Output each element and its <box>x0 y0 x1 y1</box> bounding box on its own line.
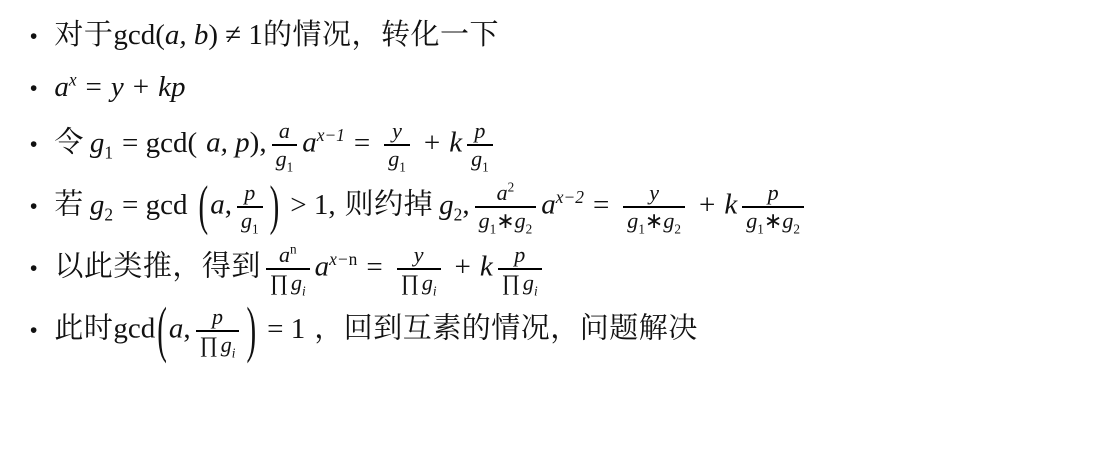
product-symbol: ∏ <box>270 270 288 295</box>
fraction-an-over-prod-gi: an∏gi <box>266 242 310 296</box>
fraction-a2-over-g1g2: a2g1∗g2 <box>475 180 537 234</box>
var-g: g <box>782 208 793 233</box>
asterisk-operator: ∗ <box>645 208 663 233</box>
fraction-y-over-prod-gi: y∏gi <box>397 242 441 296</box>
line1-text-pre: 对于 <box>54 19 113 51</box>
var-g2: g <box>439 189 454 221</box>
sub-2: 2 <box>674 221 681 236</box>
sub-1: 1 <box>482 159 489 174</box>
denominator: g1∗g2 <box>475 206 537 234</box>
eq-gcd: = gcd <box>122 189 187 221</box>
line6-text-tail: ，回到互素的情况，问题解决 <box>314 313 698 345</box>
numerator: p <box>498 242 542 268</box>
bullet-line-5: •以此类推，得到an∏giax−n=y∏gi+kp∏gi <box>30 242 1098 296</box>
gcd-label: gcd <box>113 313 155 345</box>
numerator: y <box>384 118 410 144</box>
numerator: p <box>467 118 493 144</box>
numerator: a <box>272 118 298 144</box>
fraction-a-over-g1: ag1 <box>272 118 298 172</box>
fraction-p-over-g1g2: pg1∗g2 <box>742 180 804 234</box>
denominator: g1 <box>384 144 410 172</box>
sub-1: 1 <box>399 159 406 174</box>
exp-x: x <box>69 69 77 89</box>
var-a: a <box>279 118 290 143</box>
var-g: g <box>221 332 232 357</box>
var-a: a <box>497 180 508 205</box>
bullet-icon: • <box>30 257 37 281</box>
denominator: g1 <box>467 144 493 172</box>
denominator: ∏gi <box>397 268 441 296</box>
bullet-icon: • <box>30 25 37 49</box>
fraction-p-over-prod-gi: p∏gi <box>196 304 240 358</box>
var-a: a <box>210 189 225 221</box>
var-a: a <box>54 71 69 103</box>
fraction-p-over-g1: pg1 <box>237 180 263 234</box>
var-kp: kp <box>158 71 185 103</box>
comma: , <box>225 189 232 221</box>
sub-1: 1 <box>252 221 259 236</box>
var-y: y <box>111 71 124 103</box>
line3-text-pre: 令 <box>54 127 84 159</box>
var-g: g <box>663 208 674 233</box>
sub-i: i <box>534 283 538 298</box>
var-g: g <box>515 208 526 233</box>
bullet-line-3: •令g1= gcd(a, p),ag1ax−1=yg1+kpg1 <box>30 118 1098 172</box>
exp-x-minus: x− <box>329 249 348 269</box>
var-g1: g <box>90 127 105 159</box>
denominator: g1 <box>272 144 298 172</box>
var-k: k <box>480 251 493 283</box>
line4-text-mid: 则约掉 <box>345 189 434 221</box>
bullet-line-1: •对于gcd(a, b) ≠ 1的情况，转化一下 <box>30 12 1098 53</box>
sub-1: 1 <box>757 221 764 236</box>
eq-gcd-open: = gcd( <box>122 127 197 159</box>
var-k: k <box>449 127 462 159</box>
var-p: p <box>212 304 223 329</box>
product-symbol: ∏ <box>502 270 520 295</box>
line5-text-pre: 以此类推，得到 <box>54 251 261 283</box>
var-g: g <box>276 146 287 171</box>
denominator: ∏gi <box>196 330 240 358</box>
line1-text-tail: 的情况，转化一下 <box>263 19 499 51</box>
gcd-args: a, p <box>206 127 250 159</box>
product-symbol: ∏ <box>401 270 419 295</box>
numerator: p <box>742 180 804 206</box>
var-a: a <box>541 189 556 221</box>
fraction-y-over-g1: yg1 <box>384 118 410 172</box>
denominator: ∏gi <box>498 268 542 296</box>
numerator: p <box>237 180 263 206</box>
var-a: a <box>279 242 290 267</box>
equals-sign: = <box>593 189 609 221</box>
sub-1: 1 <box>287 159 294 174</box>
denominator: ∏gi <box>266 268 310 296</box>
var-a: a <box>315 251 330 283</box>
plus-sign: + <box>699 189 715 221</box>
var-g: g <box>471 146 482 171</box>
fraction-y-over-g1g2: yg1∗g2 <box>623 180 685 234</box>
exp-2: 2 <box>508 180 515 195</box>
plus-sign: + <box>133 71 149 103</box>
asterisk-operator: ∗ <box>764 208 782 233</box>
equals-one: = 1 <box>267 313 305 345</box>
sub-2: 2 <box>104 204 113 224</box>
exp-x-minus-2: x−2 <box>556 187 584 207</box>
sub-1: 1 <box>104 142 113 162</box>
var-g: g <box>746 208 757 233</box>
var-g: g <box>523 270 534 295</box>
numerator: a2 <box>475 180 537 206</box>
var-y: y <box>392 118 402 143</box>
equals-sign: = <box>86 71 102 103</box>
close-comma: ), <box>250 127 267 159</box>
var-a: a <box>302 127 317 159</box>
big-left-paren: ( <box>199 176 209 239</box>
sub-2: 2 <box>793 221 800 236</box>
bullet-icon: • <box>30 133 37 157</box>
numerator: y <box>397 242 441 268</box>
plus-sign: + <box>424 127 440 159</box>
var-g: g <box>479 208 490 233</box>
sub-2: 2 <box>526 221 533 236</box>
var-g: g <box>627 208 638 233</box>
numerator: p <box>196 304 240 330</box>
sub-i: i <box>232 345 236 360</box>
var-p: p <box>768 180 779 205</box>
denominator: g1 <box>237 206 263 234</box>
exp-n: n <box>290 242 297 257</box>
var-a: a <box>169 313 184 345</box>
var-p: p <box>514 242 525 267</box>
fraction-p-over-g1: pg1 <box>467 118 493 172</box>
slide: •对于gcd(a, b) ≠ 1的情况，转化一下 •ax=y+kp •令g1= … <box>0 0 1106 358</box>
bullet-line-2: •ax=y+kp <box>30 71 1098 104</box>
var-p: p <box>474 118 485 143</box>
var-g: g <box>291 270 302 295</box>
bullet-icon: • <box>30 77 37 101</box>
equals-sign: = <box>354 127 370 159</box>
comma: , <box>183 313 190 345</box>
numerator: y <box>623 180 685 206</box>
exp-x-minus-n: x−n <box>329 249 357 269</box>
comma: , <box>462 189 469 221</box>
gt-one: > 1, <box>290 189 335 221</box>
exp-n: n <box>349 249 358 269</box>
bullet-icon: • <box>30 319 37 343</box>
big-left-paren: ( <box>157 296 167 367</box>
denominator: g1∗g2 <box>742 206 804 234</box>
sub-1: 1 <box>638 221 645 236</box>
numerator: an <box>266 242 310 268</box>
var-g: g <box>241 208 252 233</box>
bullet-line-6: •此时gcd(a,p∏gi)= 1，回到互素的情况，问题解决 <box>30 304 1098 358</box>
var-g2: g <box>90 189 105 221</box>
var-y: y <box>414 242 424 267</box>
sub-i: i <box>433 283 437 298</box>
var-g: g <box>422 270 433 295</box>
var-k: k <box>724 189 737 221</box>
plus-sign: + <box>455 251 471 283</box>
bullet-icon: • <box>30 195 37 219</box>
product-symbol: ∏ <box>200 332 218 357</box>
exp-x-minus-1: x−1 <box>317 125 345 145</box>
fraction-p-over-prod-gi: p∏gi <box>498 242 542 296</box>
denominator: g1∗g2 <box>623 206 685 234</box>
line4-text-pre: 若 <box>54 189 84 221</box>
var-g: g <box>388 146 399 171</box>
asterisk-operator: ∗ <box>496 208 514 233</box>
gcd-open: gcd( <box>113 19 165 51</box>
big-right-paren: ) <box>246 296 256 367</box>
line6-text-pre: 此时 <box>54 313 113 345</box>
sub-i: i <box>302 283 306 298</box>
var-p: p <box>244 180 255 205</box>
gcd-args: a, b <box>165 19 209 51</box>
sub-2: 2 <box>454 204 463 224</box>
big-right-paren: ) <box>270 176 280 239</box>
equals-sign: = <box>366 251 382 283</box>
neq-one: ) ≠ 1 <box>208 19 263 51</box>
var-y: y <box>649 180 659 205</box>
bullet-line-4: •若g2= gcd(a,pg1)> 1,则约掉g2,a2g1∗g2ax−2=yg… <box>30 180 1098 234</box>
